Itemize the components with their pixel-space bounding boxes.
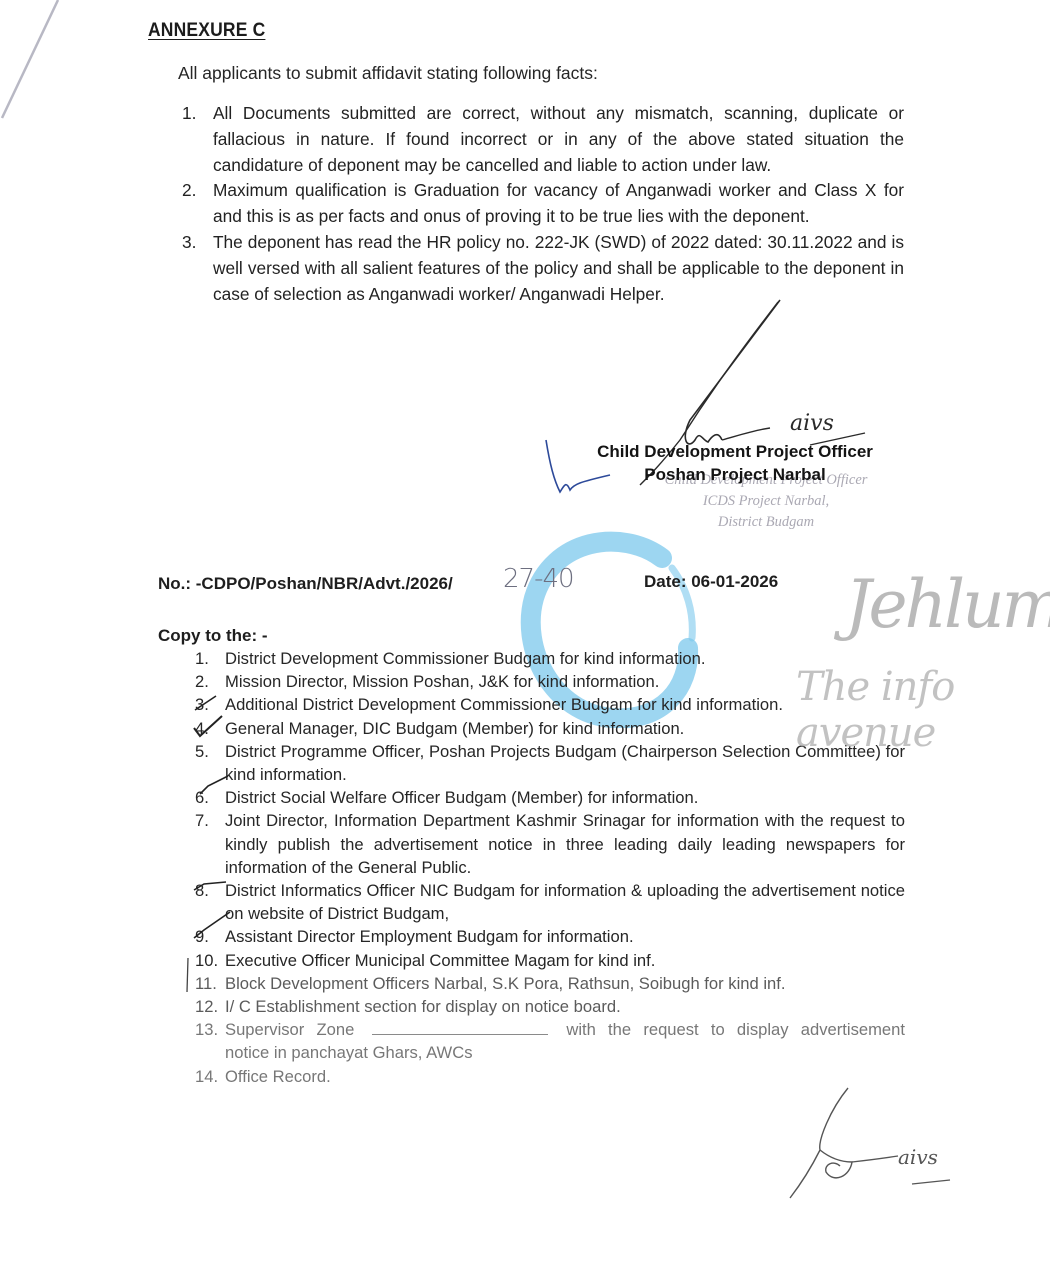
item-text: I/ C Establishment section for display o…	[225, 997, 621, 1016]
item-text: Supervisor Zone	[225, 1020, 354, 1039]
fact-text: Maximum qualification is Graduation for …	[213, 180, 904, 226]
copy-item: 2.Mission Director, Mission Poshan, J&K …	[193, 670, 905, 693]
copy-item: 9.Assistant Director Employment Budgam f…	[193, 925, 905, 948]
item-number: 13.	[195, 1018, 218, 1041]
item-text: District Programme Officer, Poshan Proje…	[225, 742, 905, 784]
item-text: Assistant Director Employment Budgam for…	[225, 927, 634, 946]
copy-item: 8.District Informatics Officer NIC Budga…	[193, 879, 905, 925]
document-page: ANNEXURE C All applicants to submit affi…	[0, 0, 1050, 1280]
copy-item: 1.District Development Commissioner Budg…	[193, 647, 905, 670]
item-number: 12.	[195, 995, 218, 1018]
item-text: Joint Director, Information Department K…	[225, 811, 905, 876]
item-text: Office Record.	[225, 1067, 331, 1086]
item-number: 10.	[195, 949, 218, 972]
fact-item: 1.All Documents submitted are correct, w…	[176, 101, 904, 178]
signatory-block: Child Development Project Officer Poshan…	[560, 442, 910, 485]
fact-number: 2.	[182, 178, 196, 204]
signatory-office: Poshan Project Narbal	[560, 465, 910, 485]
fact-number: 1.	[182, 101, 196, 127]
annexure-intro: All applicants to submit affidavit stati…	[178, 63, 598, 84]
copy-to-title: Copy to the: -	[158, 626, 268, 646]
reference-handwritten-number: 27-40	[503, 564, 574, 594]
item-number: 8.	[195, 879, 209, 902]
affidavit-facts-list: 1.All Documents submitted are correct, w…	[176, 101, 904, 307]
item-text: General Manager, DIC Budgam (Member) for…	[225, 719, 684, 738]
item-number: 9.	[195, 925, 209, 948]
copy-to-list: 1.District Development Commissioner Budg…	[193, 647, 905, 1088]
item-text: District Informatics Officer NIC Budgam …	[225, 881, 905, 923]
item-text: District Social Welfare Officer Budgam (…	[225, 788, 698, 807]
svg-text:aivs: aivs	[898, 1145, 938, 1169]
reference-date: Date: 06-01-2026	[644, 572, 778, 592]
fact-text: The deponent has read the HR policy no. …	[213, 232, 904, 304]
stamp-line: ICDS Project Narbal,	[636, 491, 896, 512]
copy-item: 3.Additional District Development Commis…	[193, 693, 905, 716]
annexure-title: ANNEXURE C	[148, 20, 265, 42]
item-text: Additional District Development Commissi…	[225, 695, 783, 714]
copy-item: 4.General Manager, DIC Budgam (Member) f…	[193, 717, 905, 740]
item-number: 14.	[195, 1065, 218, 1088]
fact-item: 2.Maximum qualification is Graduation fo…	[176, 178, 904, 230]
reference-number: No.: -CDPO/Poshan/NBR/Advt./2026/	[158, 574, 453, 594]
copy-item: 10.Executive Officer Municipal Committee…	[193, 949, 905, 972]
watermark-brand: Jehlum	[845, 566, 1050, 643]
copy-item: 14.Office Record.	[193, 1065, 905, 1088]
copy-item: 5.District Programme Officer, Poshan Pro…	[193, 740, 905, 786]
item-number: 11.	[195, 972, 217, 995]
signatory-designation: Child Development Project Officer	[560, 442, 910, 462]
page-edge-shadow	[0, 0, 60, 130]
item-number: 2.	[195, 670, 209, 693]
item-text: District Development Commissioner Budgam…	[225, 649, 705, 668]
item-text: Executive Officer Municipal Committee Ma…	[225, 951, 655, 970]
item-number: 7.	[195, 809, 209, 832]
zone-blank-line	[372, 1020, 548, 1035]
copy-item: 7.Joint Director, Information Department…	[193, 809, 905, 879]
copy-item: 13.Supervisor Zonewith the request to di…	[193, 1018, 905, 1064]
copy-item: 6.District Social Welfare Officer Budgam…	[193, 786, 905, 809]
svg-text:aivs: aivs	[790, 411, 834, 436]
item-number: 4.	[195, 717, 209, 740]
copy-item: 12.I/ C Establishment section for displa…	[193, 995, 905, 1018]
faded-stamp	[740, 1170, 980, 1214]
item-number: 3.	[195, 693, 209, 716]
copy-item: 11.Block Development Officers Narbal, S.…	[193, 972, 905, 995]
item-text: Block Development Officers Narbal, S.K P…	[225, 974, 785, 993]
fact-number: 3.	[182, 230, 196, 256]
item-number: 6.	[195, 786, 209, 809]
stamp-line: District Budgam	[636, 512, 896, 533]
item-text: Mission Director, Mission Poshan, J&K fo…	[225, 672, 659, 691]
fact-text: All Documents submitted are correct, wit…	[213, 103, 904, 175]
fact-item: 3.The deponent has read the HR policy no…	[176, 230, 904, 307]
item-number: 1.	[195, 647, 209, 670]
item-number: 5.	[195, 740, 209, 763]
